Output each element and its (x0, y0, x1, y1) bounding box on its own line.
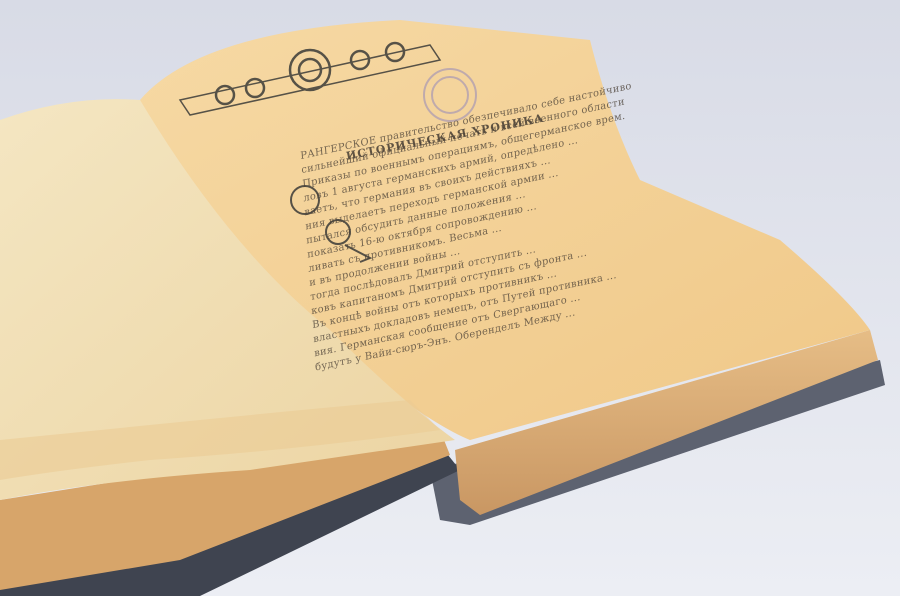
book-photo: ИСТОРИЧЕСКАЯ ХРОНИКА РАНГЕРСКОЕ правител… (0, 0, 900, 596)
